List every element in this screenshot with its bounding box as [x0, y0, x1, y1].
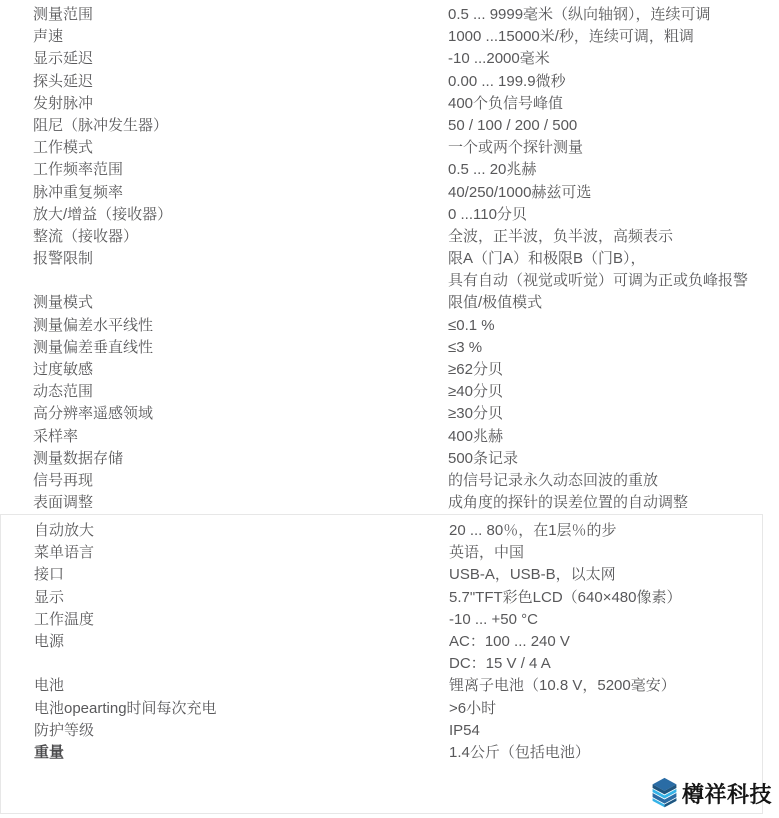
spec-row: 重量1.4公斤（包括电池）	[1, 742, 762, 764]
spec-value: >6小时	[449, 698, 762, 720]
spec-label: 阻尼（脉冲发生器）	[0, 115, 448, 137]
spec-label: 测量范围	[0, 4, 448, 26]
spec-value: 一个或两个探针测量	[448, 137, 779, 159]
spec-label: 电池	[1, 675, 449, 697]
spec-row: 测量范围0.5 ... 9999毫米（纵向轴钢），连续可调	[0, 4, 779, 26]
spec-label: 工作模式	[0, 137, 448, 159]
spec-label: 测量偏差水平线性	[0, 315, 448, 337]
spec-value: 具有自动（视觉或听觉）可调为正或负峰报警	[448, 270, 779, 292]
company-name: 樽祥科技	[682, 778, 772, 809]
spec-row: 自动放大20 ... 80％，在1层％的步	[1, 520, 762, 542]
spec-row: 测量模式限值/极值模式	[0, 292, 779, 314]
spec-value: ≤0.1 %	[448, 315, 779, 337]
spec-row: 显示5.7"TFT彩色LCD（640×480像素）	[1, 587, 762, 609]
spec-value: 0.5 ... 9999毫米（纵向轴钢），连续可调	[448, 4, 779, 26]
spec-row: 菜单语言英语，中国	[1, 542, 762, 564]
spec-row: 工作频率范围0.5 ... 20兆赫	[0, 159, 779, 181]
spec-value: DC：15 V / 4 A	[449, 653, 762, 675]
spec-row: 测量数据存储500条记录	[0, 448, 779, 470]
spec-section-system: 自动放大20 ... 80％，在1层％的步 菜单语言英语，中国 接口USB-A，…	[0, 514, 763, 814]
spec-label	[1, 653, 449, 675]
spec-value: USB-A，USB-B，以太网	[449, 564, 762, 586]
spec-row: 报警限制限A（门A）和极限B（门B），	[0, 248, 779, 270]
spec-label: 测量数据存储	[0, 448, 448, 470]
spec-value: 0.5 ... 20兆赫	[448, 159, 779, 181]
spec-row: 具有自动（视觉或听觉）可调为正或负峰报警	[0, 270, 779, 292]
spec-label: 高分辨率遥感领域	[0, 403, 448, 425]
spec-row: 阻尼（脉冲发生器）50 / 100 / 200 / 500	[0, 115, 779, 137]
spec-label: 信号再现	[0, 470, 448, 492]
spec-value: ≤3 %	[448, 337, 779, 359]
company-logo: 樽祥科技	[648, 777, 772, 810]
spec-row: 信号再现的信号记录永久动态回波的重放	[0, 470, 779, 492]
spec-page: 测量范围0.5 ... 9999毫米（纵向轴钢），连续可调 声速1000 ...…	[0, 0, 779, 818]
spec-value: 50 / 100 / 200 / 500	[448, 115, 779, 137]
spec-label: 发射脉冲	[0, 93, 448, 115]
spec-value: -10 ...2000毫米	[448, 48, 779, 70]
spec-label: 重量	[1, 742, 449, 764]
spec-row: 放大/增益（接收器）0 ...110分贝	[0, 204, 779, 226]
spec-label: 工作温度	[1, 609, 449, 631]
spec-value: 1000 ...15000米/秒，连续可调，粗调	[448, 26, 779, 48]
spec-row: 整流（接收器）全波，正半波，负半波，高频表示	[0, 226, 779, 248]
spec-row: 电池锂离子电池（10.8 V，5200毫安）	[1, 675, 762, 697]
spec-value: 限A（门A）和极限B（门B），	[448, 248, 779, 270]
spec-value: 20 ... 80％，在1层％的步	[449, 520, 762, 542]
spec-row: 过度敏感≥62分贝	[0, 359, 779, 381]
spec-row: 电源AC：100 ... 240 V	[1, 631, 762, 653]
spec-value: 全波，正半波，负半波，高频表示	[448, 226, 779, 248]
spec-row: 工作温度-10 ... +50 °C	[1, 609, 762, 631]
spec-value: 400个负信号峰值	[448, 93, 779, 115]
spec-label: 整流（接收器）	[0, 226, 448, 248]
spec-label: 测量偏差垂直线性	[0, 337, 448, 359]
spec-row: 高分辨率遥感领域≥30分贝	[0, 403, 779, 425]
spec-label: 测量模式	[0, 292, 448, 314]
spec-value: AC：100 ... 240 V	[449, 631, 762, 653]
spec-row: 探头延迟0.00 ... 199.9微秒	[0, 71, 779, 93]
spec-row: 防护等级IP54	[1, 720, 762, 742]
spec-value: 1.4公斤（包括电池）	[449, 742, 762, 764]
spec-section-general: 测量范围0.5 ... 9999毫米（纵向轴钢），连续可调 声速1000 ...…	[0, 0, 779, 514]
spec-row: 采样率400兆赫	[0, 426, 779, 448]
spec-label	[0, 270, 448, 292]
spec-label: 电池opearting时间每次充电	[1, 698, 449, 720]
spec-value: 限值/极值模式	[448, 292, 779, 314]
spec-label: 工作频率范围	[0, 159, 448, 181]
spec-value: 40/250/1000赫兹可选	[448, 182, 779, 204]
spec-value: ≥62分贝	[448, 359, 779, 381]
spec-value: 成角度的探针的误差位置的自动调整	[448, 492, 779, 514]
spec-value: ≥40分贝	[448, 381, 779, 403]
spec-label: 动态范围	[0, 381, 448, 403]
spec-row: 电池opearting时间每次充电>6小时	[1, 698, 762, 720]
spec-label: 菜单语言	[1, 542, 449, 564]
spec-row: 发射脉冲400个负信号峰值	[0, 93, 779, 115]
spec-label: 采样率	[0, 426, 448, 448]
spec-value: IP54	[449, 720, 762, 742]
spec-row: 工作模式一个或两个探针测量	[0, 137, 779, 159]
spec-label: 探头延迟	[0, 71, 448, 93]
spec-row: 表面调整成角度的探针的误差位置的自动调整	[0, 492, 779, 514]
spec-label: 接口	[1, 564, 449, 586]
spec-row: 测量偏差垂直线性≤3 %	[0, 337, 779, 359]
spec-value: 0.00 ... 199.9微秒	[448, 71, 779, 93]
spec-value: 5.7"TFT彩色LCD（640×480像素）	[449, 587, 762, 609]
spec-label: 自动放大	[1, 520, 449, 542]
spec-value: 0 ...110分贝	[448, 204, 779, 226]
spec-row: 声速1000 ...15000米/秒，连续可调，粗调	[0, 26, 779, 48]
spec-row: 脉冲重复频率40/250/1000赫兹可选	[0, 182, 779, 204]
spec-row: 测量偏差水平线性≤0.1 %	[0, 315, 779, 337]
spec-label: 报警限制	[0, 248, 448, 270]
spec-label: 显示延迟	[0, 48, 448, 70]
spec-label: 防护等级	[1, 720, 449, 742]
spec-row: 动态范围≥40分贝	[0, 381, 779, 403]
spec-value: 500条记录	[448, 448, 779, 470]
spec-label: 放大/增益（接收器）	[0, 204, 448, 226]
spec-label: 过度敏感	[0, 359, 448, 381]
spec-value: -10 ... +50 °C	[449, 609, 762, 631]
spec-value: ≥30分贝	[448, 403, 779, 425]
spec-label: 脉冲重复频率	[0, 182, 448, 204]
logo-stacked-cube-icon	[648, 777, 681, 810]
spec-label: 电源	[1, 631, 449, 653]
spec-label: 表面调整	[0, 492, 448, 514]
spec-value: 锂离子电池（10.8 V，5200毫安）	[449, 675, 762, 697]
spec-row: 接口USB-A，USB-B，以太网	[1, 564, 762, 586]
spec-label: 声速	[0, 26, 448, 48]
spec-label: 显示	[1, 587, 449, 609]
spec-row: 显示延迟-10 ...2000毫米	[0, 48, 779, 70]
spec-value: 的信号记录永久动态回波的重放	[448, 470, 779, 492]
spec-value: 英语，中国	[449, 542, 762, 564]
spec-row: DC：15 V / 4 A	[1, 653, 762, 675]
spec-value: 400兆赫	[448, 426, 779, 448]
